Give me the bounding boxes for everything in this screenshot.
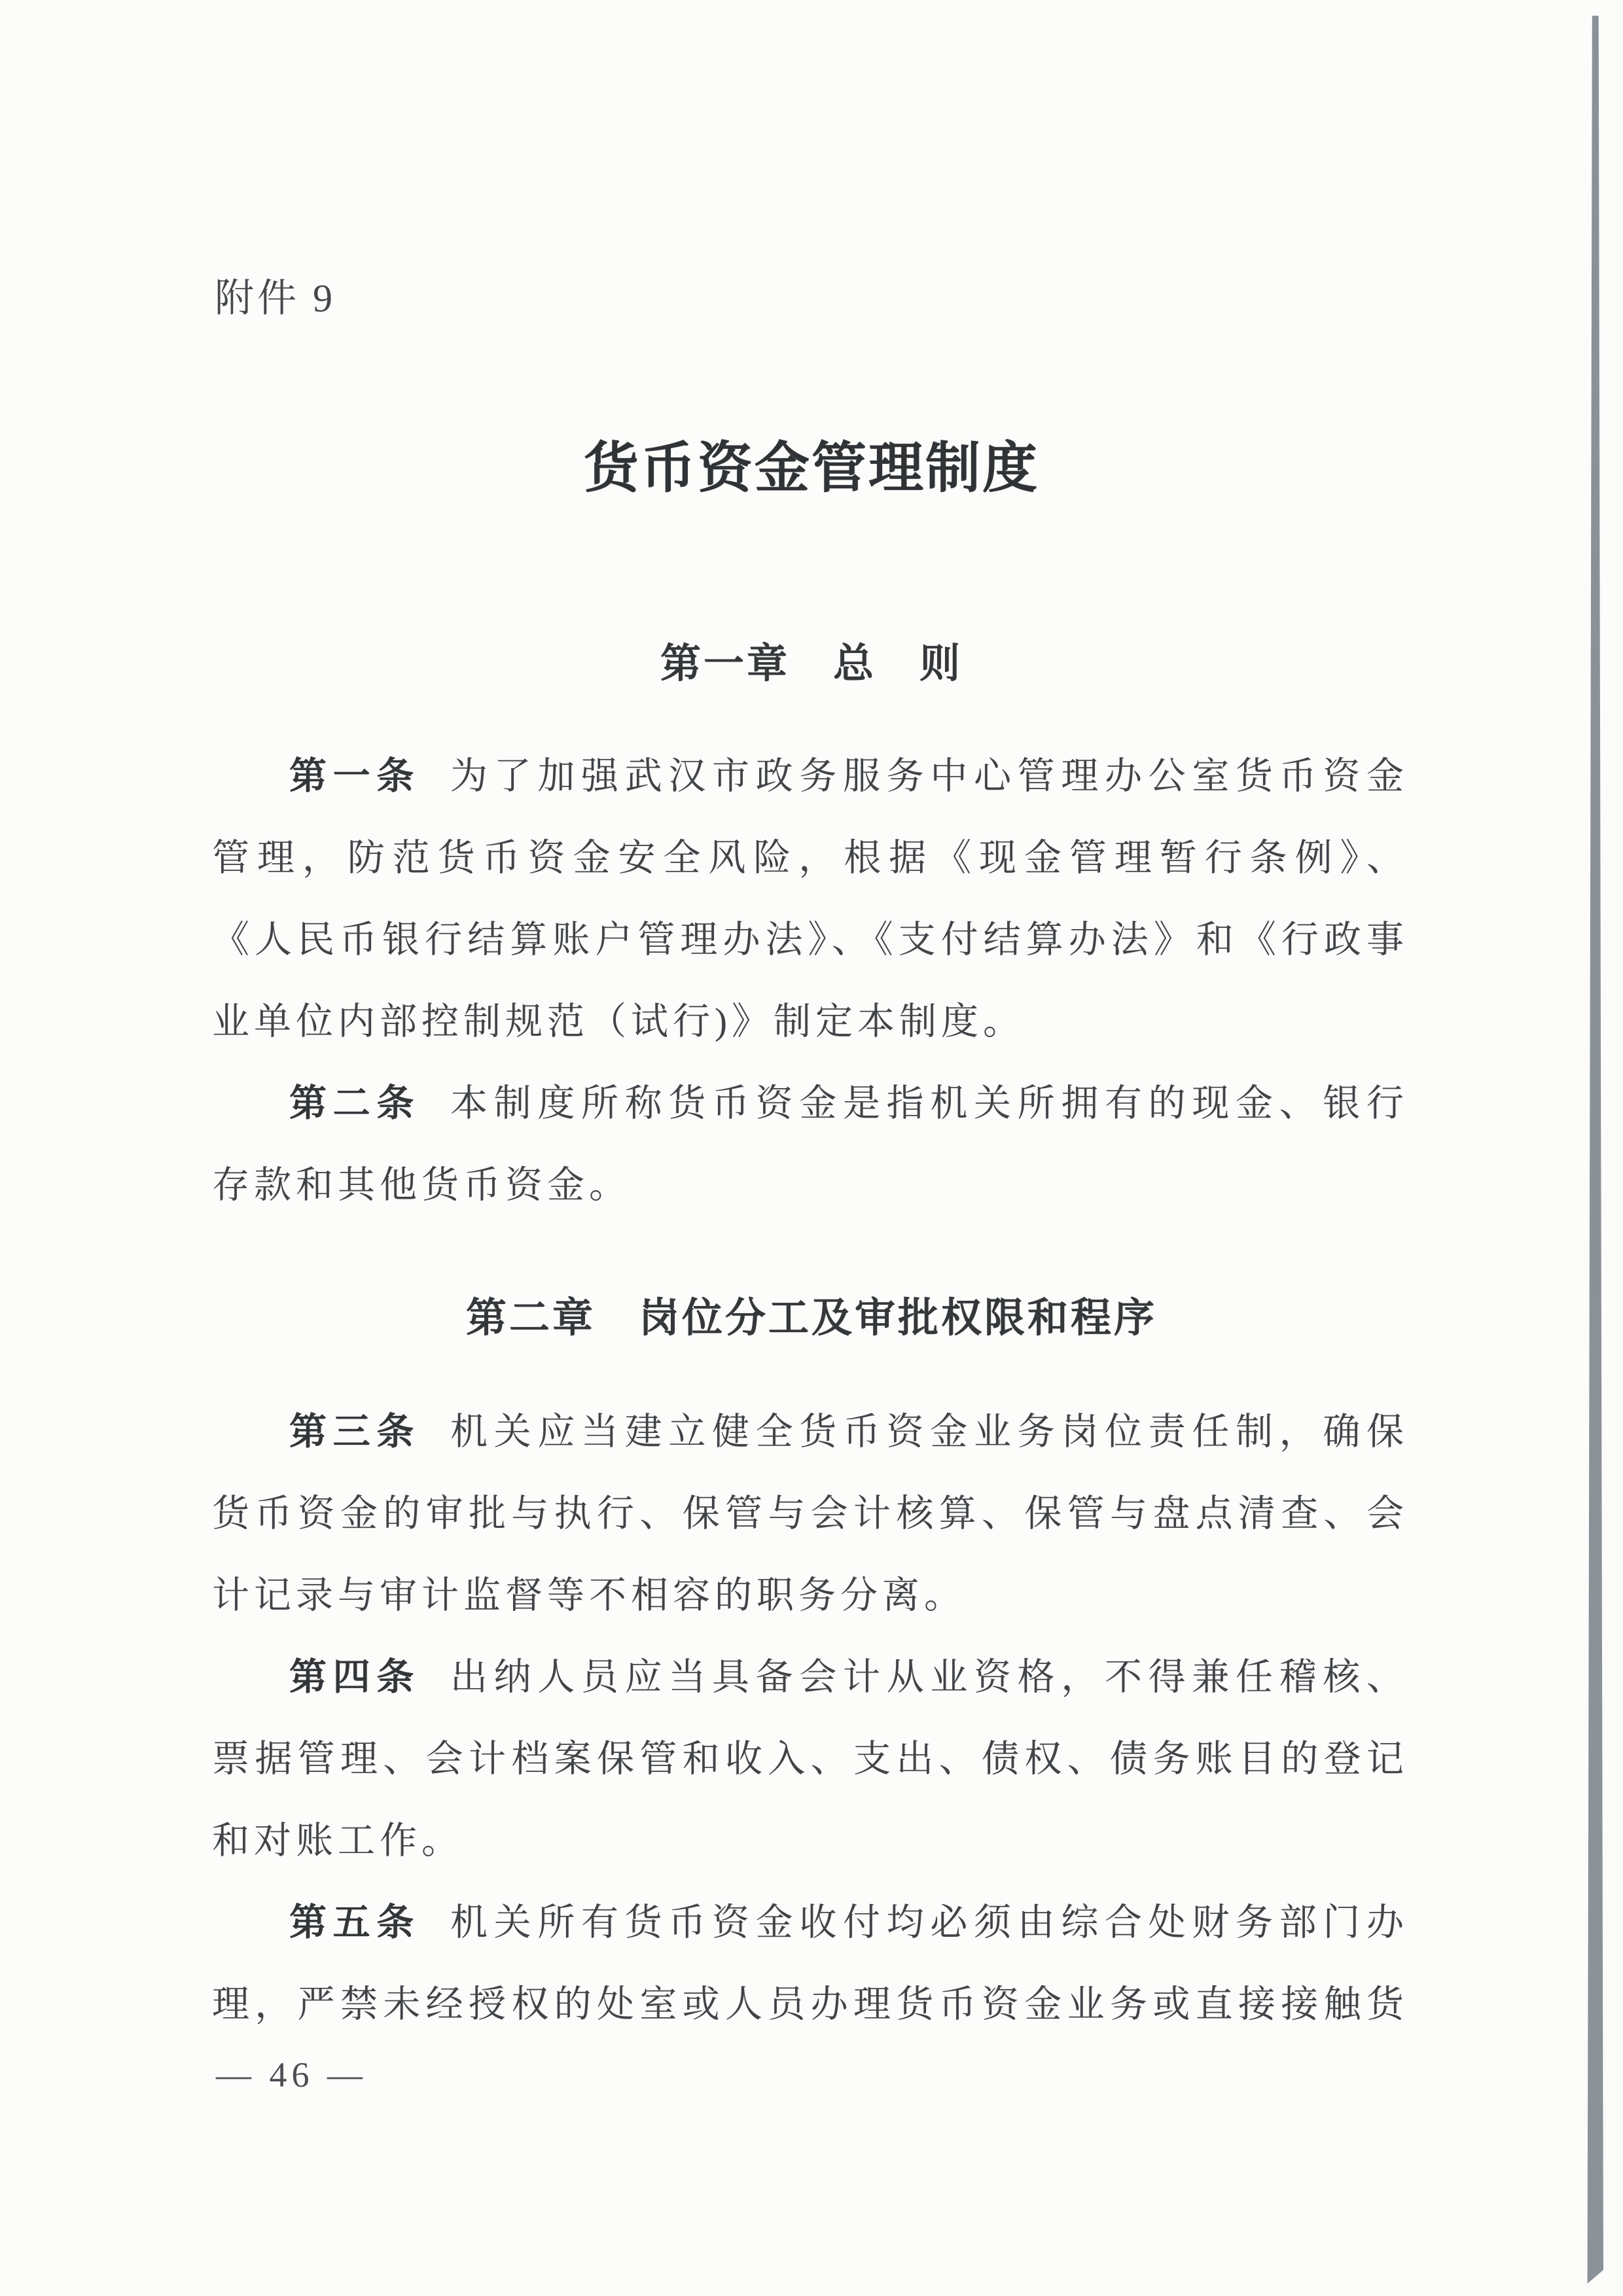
paragraph-line: 和对账工作。 (212, 1800, 1408, 1882)
paragraph-line: 第一条为了加强武汉市政务服务中心管理办公室货币资金 (212, 735, 1408, 817)
chapter-name: 总 则 (833, 641, 963, 686)
line-text: 为了加强武汉市政务服务中心管理办公室货币资金 (450, 756, 1408, 797)
line-text: 出纳人员应当具备会计从业资格，不得兼任稽核、 (450, 1657, 1408, 1698)
article-number-label: 第一条 (289, 755, 420, 797)
chapter-1-heading: 第一章总 则 (0, 631, 1623, 689)
paragraph-line: 理，严禁未经授权的处室或人员办理货币资金业务或直接接触货 (212, 1964, 1408, 2045)
line-text: 和对账工作。 (212, 1820, 463, 1862)
chapter-number: 第二章 (466, 1296, 596, 1341)
chapter-name: 岗位分工及审批权限和程序 (639, 1296, 1157, 1341)
line-text: 计记录与审计监督等不相容的职务分离。 (212, 1575, 966, 1616)
chapter-2-heading: 第二章岗位分工及审批权限和程序 (0, 1285, 1623, 1343)
article-number-label: 第三条 (289, 1411, 420, 1453)
paragraph-line: 《人民币银行结算账户管理办法》、《支付结算办法》和《行政事 (212, 899, 1408, 981)
paragraph-line: 第五条机关所有货币资金收付均必须由综合处财务部门办 (212, 1882, 1408, 1964)
paragraph-line: 计记录与审计监督等不相容的职务分离。 (212, 1555, 1408, 1636)
paragraph-line: 存款和其他货币资金。 (212, 1144, 1408, 1226)
paragraph-line: 货币资金的审批与执行、保管与会计核算、保管与盘点清查、会 (212, 1473, 1408, 1555)
attachment-label: 附件 9 (215, 267, 336, 323)
line-text: 机关所有货币资金收付均必须由综合处财务部门办 (450, 1902, 1408, 1943)
body-block-1: 第一条为了加强武汉市政务服务中心管理办公室货币资金 管理，防范货币资金安全风险，… (212, 735, 1408, 1226)
line-text: 本制度所称货币资金是指机关所拥有的现金、银行 (450, 1083, 1408, 1124)
chapter-number: 第一章 (660, 641, 790, 686)
line-text: 业单位内部控制规范（试行)》制定本制度。 (212, 1001, 1025, 1042)
line-text: 机关应当建立健全货币资金业务岗位责任制，确保 (450, 1411, 1408, 1453)
paragraph-line: 业单位内部控制规范（试行)》制定本制度。 (212, 981, 1408, 1063)
document-title: 货币资金管理制度 (0, 424, 1623, 503)
line-text: 管理，防范货币资金安全风险，根据《现金管理暂行条例》、 (212, 838, 1408, 879)
article-number-label: 第四条 (289, 1656, 420, 1698)
paragraph-line: 票据管理、会计档案保管和收入、支出、债权、债务账目的登记 (212, 1718, 1408, 1800)
paragraph-line: 第四条出纳人员应当具备会计从业资格，不得兼任稽核、 (212, 1636, 1408, 1718)
page-number: — 46 — (216, 2055, 367, 2095)
article-number-label: 第二条 (289, 1082, 420, 1124)
article-number-label: 第五条 (289, 1901, 420, 1943)
line-text: 票据管理、会计档案保管和收入、支出、债权、债务账目的登记 (212, 1739, 1408, 1780)
paragraph-line: 第二条本制度所称货币资金是指机关所拥有的现金、银行 (212, 1063, 1408, 1144)
line-text: 理，严禁未经授权的处室或人员办理货币资金业务或直接接触货 (212, 1984, 1408, 2025)
line-text: 存款和其他货币资金。 (212, 1165, 631, 1206)
document-page: 附件 9 货币资金管理制度 第一章总 则 第一条为了加强武汉市政务服务中心管理办… (0, 0, 1623, 2296)
line-text: 货币资金的审批与执行、保管与会计核算、保管与盘点清查、会 (212, 1493, 1408, 1534)
paragraph-line: 管理，防范货币资金安全风险，根据《现金管理暂行条例》、 (212, 817, 1408, 899)
line-text: 《人民币银行结算账户管理办法》、《支付结算办法》和《行政事 (212, 919, 1408, 961)
paragraph-line: 第三条机关应当建立健全货币资金业务岗位责任制，确保 (212, 1391, 1408, 1473)
body-block-2: 第三条机关应当建立健全货币资金业务岗位责任制，确保 货币资金的审批与执行、保管与… (212, 1391, 1408, 2045)
scan-edge-artifact (1586, 16, 1603, 2284)
